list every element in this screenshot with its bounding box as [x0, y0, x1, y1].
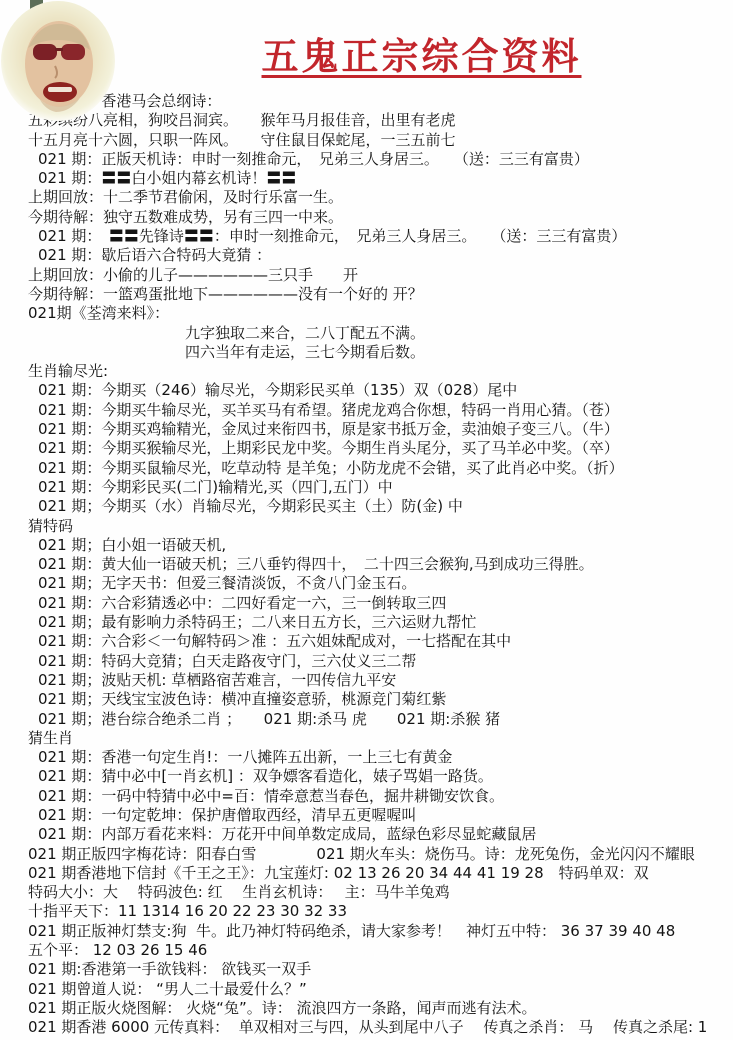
text-line: 猜特码 [0, 517, 733, 536]
text-line: 021 期曾道人说： “男人二十最爱什么？” [0, 980, 733, 999]
text-line: 021 期：一句定乾坤：保护唐僧取西经，清早五更喔喔叫 [0, 806, 733, 825]
header: 五鬼正宗综合资料 [0, 0, 733, 92]
text-line: 021 期：六合彩猜透必中：二四好看定一六，三一倒转取三四 [0, 594, 733, 613]
text-line: 上期回放：小偷的儿子——————三只手 开 [0, 266, 733, 285]
text-line: 021 期香港 6000 元传真料： 单双相对三与四，从头到尾中八子 传真之杀肖… [0, 1018, 733, 1037]
content-lines: 021 期：香港马会总纲诗：五彩缤纷八亮相，狗咬吕洞宾。 猴年马月报佳音，出里有… [0, 92, 733, 1038]
text-line: 021 期：今期彩民买(二门)输精光,买（四门,五门）中 [0, 478, 733, 497]
text-line: 021 期；波贴天机: 草栖路宿苦难言，一四传信九平安 [0, 671, 733, 690]
text-line: 021 期；白小姐一语破天机, [0, 536, 733, 555]
text-line: 021 期：特码大竞猜；白天走路夜守门，三六仗义三二帮 [0, 652, 733, 671]
text-line: 021 期；港台综合绝杀二肖 ； 021 期:杀马 虎 021 期:杀猴 猪 [0, 710, 733, 729]
text-line: 五个平： 12 03 26 15 46 [0, 941, 733, 960]
text-line: 021 期：今期买猴输尽光，上期彩民龙中奖。今期生肖头尾分，买了马羊必中奖。（卒… [0, 439, 733, 458]
text-line: 021 期：今期买鼠输尽光，吃草动特 是羊兔；小防龙虎不会错，买了此肖必中奖。（… [0, 459, 733, 478]
text-line: 021 期：黄大仙一语破天机；三八垂钓得四十， 二十四三会猴狗,马到成功三得胜。 [0, 555, 733, 574]
text-line: 猜生肖 [0, 729, 733, 748]
smiling-mouth [43, 82, 77, 102]
text-line: 021 期： 〓〓先锋诗〓〓：申时一刻推命元， 兄弟三人身居三。 （送：三三有富… [0, 227, 733, 246]
text-line: 021 期：〓〓白小姐内幕玄机诗！〓〓 [0, 169, 733, 188]
text-line: 021 期：今期买鸡输精光，金凤过来衔四书，原是家书抵万金，卖油娘子变三八。（牛… [0, 420, 733, 439]
text-line: 021 期：香港一句定生肖!：一八摊阵五出新，一上三七有黄金 [0, 748, 733, 767]
text-line: 021 期：今期买牛输尽光，买羊买马有希望。猪虎龙鸡合你想，特码一肖用心猜。（苍… [0, 401, 733, 420]
text-line: 021期《荃湾来料》： [0, 304, 733, 323]
text-line: 今期待解：独守五数难成势，另有三四一中来。 [0, 208, 733, 227]
author-photo [0, 0, 118, 122]
text-line: 九字独取二来合，二八丁配五不满。 [0, 324, 733, 343]
text-line: 特码大小：大 特码波色: 红 生肖玄机诗： 主：马牛羊兔鸡 [0, 883, 733, 902]
text-line: 021 期香港地下信封《千王之王》：九宝莲灯: 02 13 26 20 34 4… [0, 864, 733, 883]
text-line: 十指平天下：11 1314 16 20 22 23 30 32 33 [0, 902, 733, 921]
text-line: 021 期正版火烧图解： 火烧“兔”。诗： 流浪四方一条路，闻声而逃有法术。 [0, 999, 733, 1018]
text-line: 今期待解：一篮鸡蛋批地下——————没有一个好的 开？ [0, 285, 733, 304]
text-line: 021 期：今期买（246）输尽光，今期彩民买单（135）双（028）尾中 [0, 381, 733, 400]
text-line: 021 期：一码中特猜中必中=百：情牵意惹当春色，掘井耕锄安饮食。 [0, 787, 733, 806]
text-line: 021 期；最有影响力杀特码王；二八来日五方长，三六运财九帮忙 [0, 613, 733, 632]
text-line: 021 期正版四字梅花诗：阳春白雪 021 期火车头：烧伤马。诗：龙死兔伤，金光… [0, 845, 733, 864]
text-line: 021 期：内部万看花来料：万花开中间单数定成局，蓝绿色彩尽显蛇藏鼠居 [0, 825, 733, 844]
text-line: 十五月亮十六圆，只职一阵风。 守住鼠目保蛇尾，一三五前七 [0, 131, 733, 150]
text-line: 021 期:香港第一手欲钱料： 欲钱买一双手 [0, 960, 733, 979]
text-line: 021 期：猜中必中[一肖玄机] ：双争嫖客看造化，婊子骂娼一路货。 [0, 767, 733, 786]
text-line: 021 期：六合彩＜一句解特码＞准 ：五六姐妹配成对，一七搭配在其中 [0, 632, 733, 651]
page-title: 五鬼正宗综合资料 [120, 26, 723, 80]
text-line: 021 期：歇后语六合特码大竟猜 ： [0, 246, 733, 265]
text-line: 生肖输尽光: [0, 362, 733, 381]
text-line: 021 期；无字天书：但爱三餐清淡饭，不贪八门金玉石。 [0, 574, 733, 593]
text-line: 上期回放：十二季节君偷闲，及时行乐富一生。 [0, 188, 733, 207]
text-line: 021 期正版神灯禁支:狗 牛。此乃神灯特码绝杀，请大家参考！ 神灯五中特： 3… [0, 922, 733, 941]
text-line: 021 期；天线宝宝波色诗：横冲直撞姿意骄，桃源竞门菊红紫 [0, 690, 733, 709]
text-line: 四六当年有走运，三七今期看后数。 [0, 343, 733, 362]
text-line: 021 期：正版天机诗：申时一刻推命元， 兄弟三人身居三。 （送：三三有富贵） [0, 150, 733, 169]
text-line: 021 期；今期买（水）肖输尽光，今期彩民买主（土）防(金) 中 [0, 497, 733, 516]
